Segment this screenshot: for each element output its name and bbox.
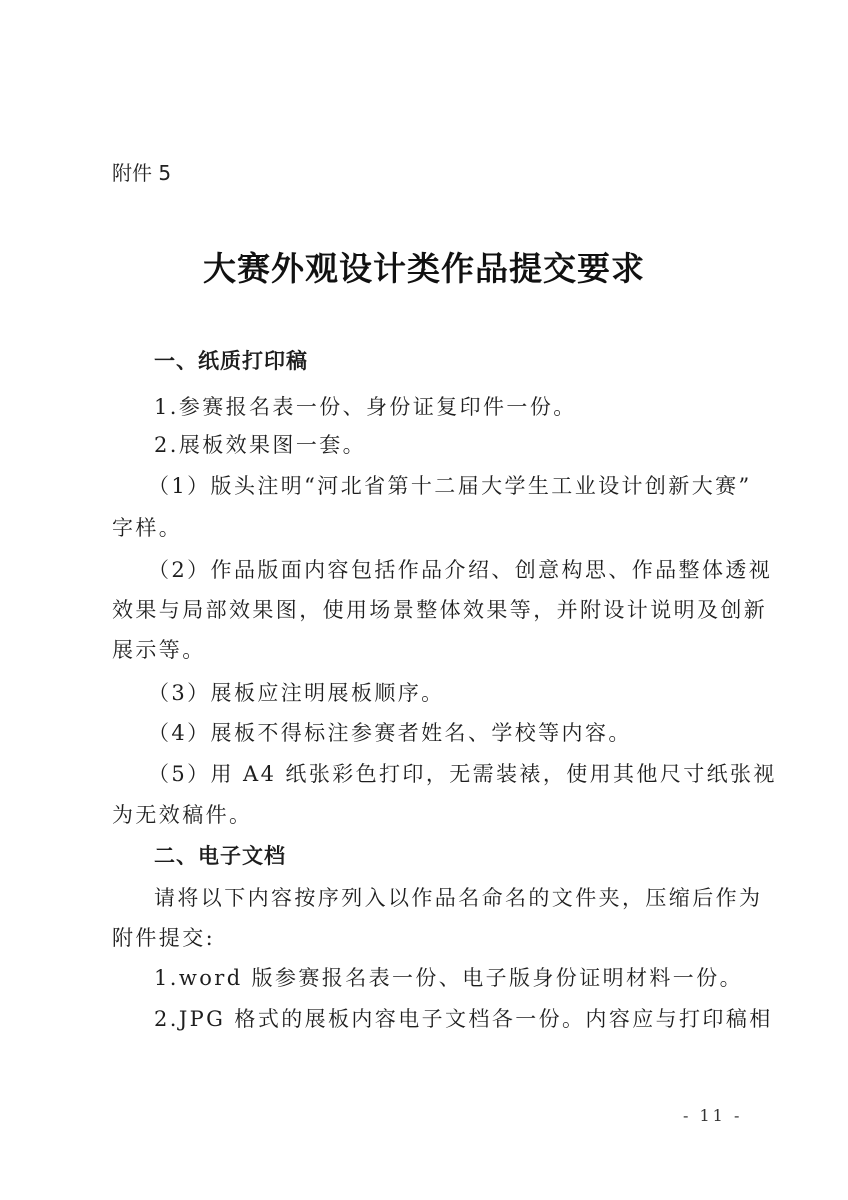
paragraph-line: （5）用 A4 纸张彩色打印，无需装裱，使用其他尺寸纸张视	[148, 758, 778, 788]
paragraph-line: （3）展板应注明展板顺序。	[148, 677, 778, 707]
attachment-label: 附件 5	[112, 157, 171, 186]
document-page: 附件 5 大赛外观设计类作品提交要求 一、纸质打印稿 1.参赛报名表一份、身份证…	[0, 0, 848, 1200]
page-number: - 11 -	[683, 1106, 742, 1125]
paragraph-line: 字样。	[112, 512, 742, 542]
section-heading-electronic: 二、电子文档	[154, 840, 784, 870]
paragraph-line: （1）版头注明“河北省第十二届大学生工业设计创新大赛”	[148, 470, 778, 500]
paragraph-line: 展示等。	[112, 634, 742, 664]
paragraph-line: 1.参赛报名表一份、身份证复印件一份。	[154, 391, 784, 421]
paragraph-line: 附件提交:	[112, 922, 742, 952]
paragraph-line: （4）展板不得标注参赛者姓名、学校等内容。	[148, 717, 778, 747]
paragraph-line: 2.展板效果图一套。	[154, 429, 784, 459]
paragraph-line: 2.JPG 格式的展板内容电子文档各一份。内容应与打印稿相	[154, 1003, 784, 1033]
paragraph-line: 1.word 版参赛报名表一份、电子版身份证明材料一份。	[154, 962, 784, 992]
paragraph-line: 效果与局部效果图，使用场景整体效果等，并附设计说明及创新	[112, 594, 742, 624]
document-title: 大赛外观设计类作品提交要求	[0, 243, 848, 290]
section-heading-paper: 一、纸质打印稿	[154, 345, 784, 375]
paragraph-line: 为无效稿件。	[112, 799, 742, 829]
paragraph-line: 请将以下内容按序列入以作品名命名的文件夹，压缩后作为	[154, 882, 784, 912]
paragraph-line: （2）作品版面内容包括作品介绍、创意构思、作品整体透视	[148, 554, 778, 584]
